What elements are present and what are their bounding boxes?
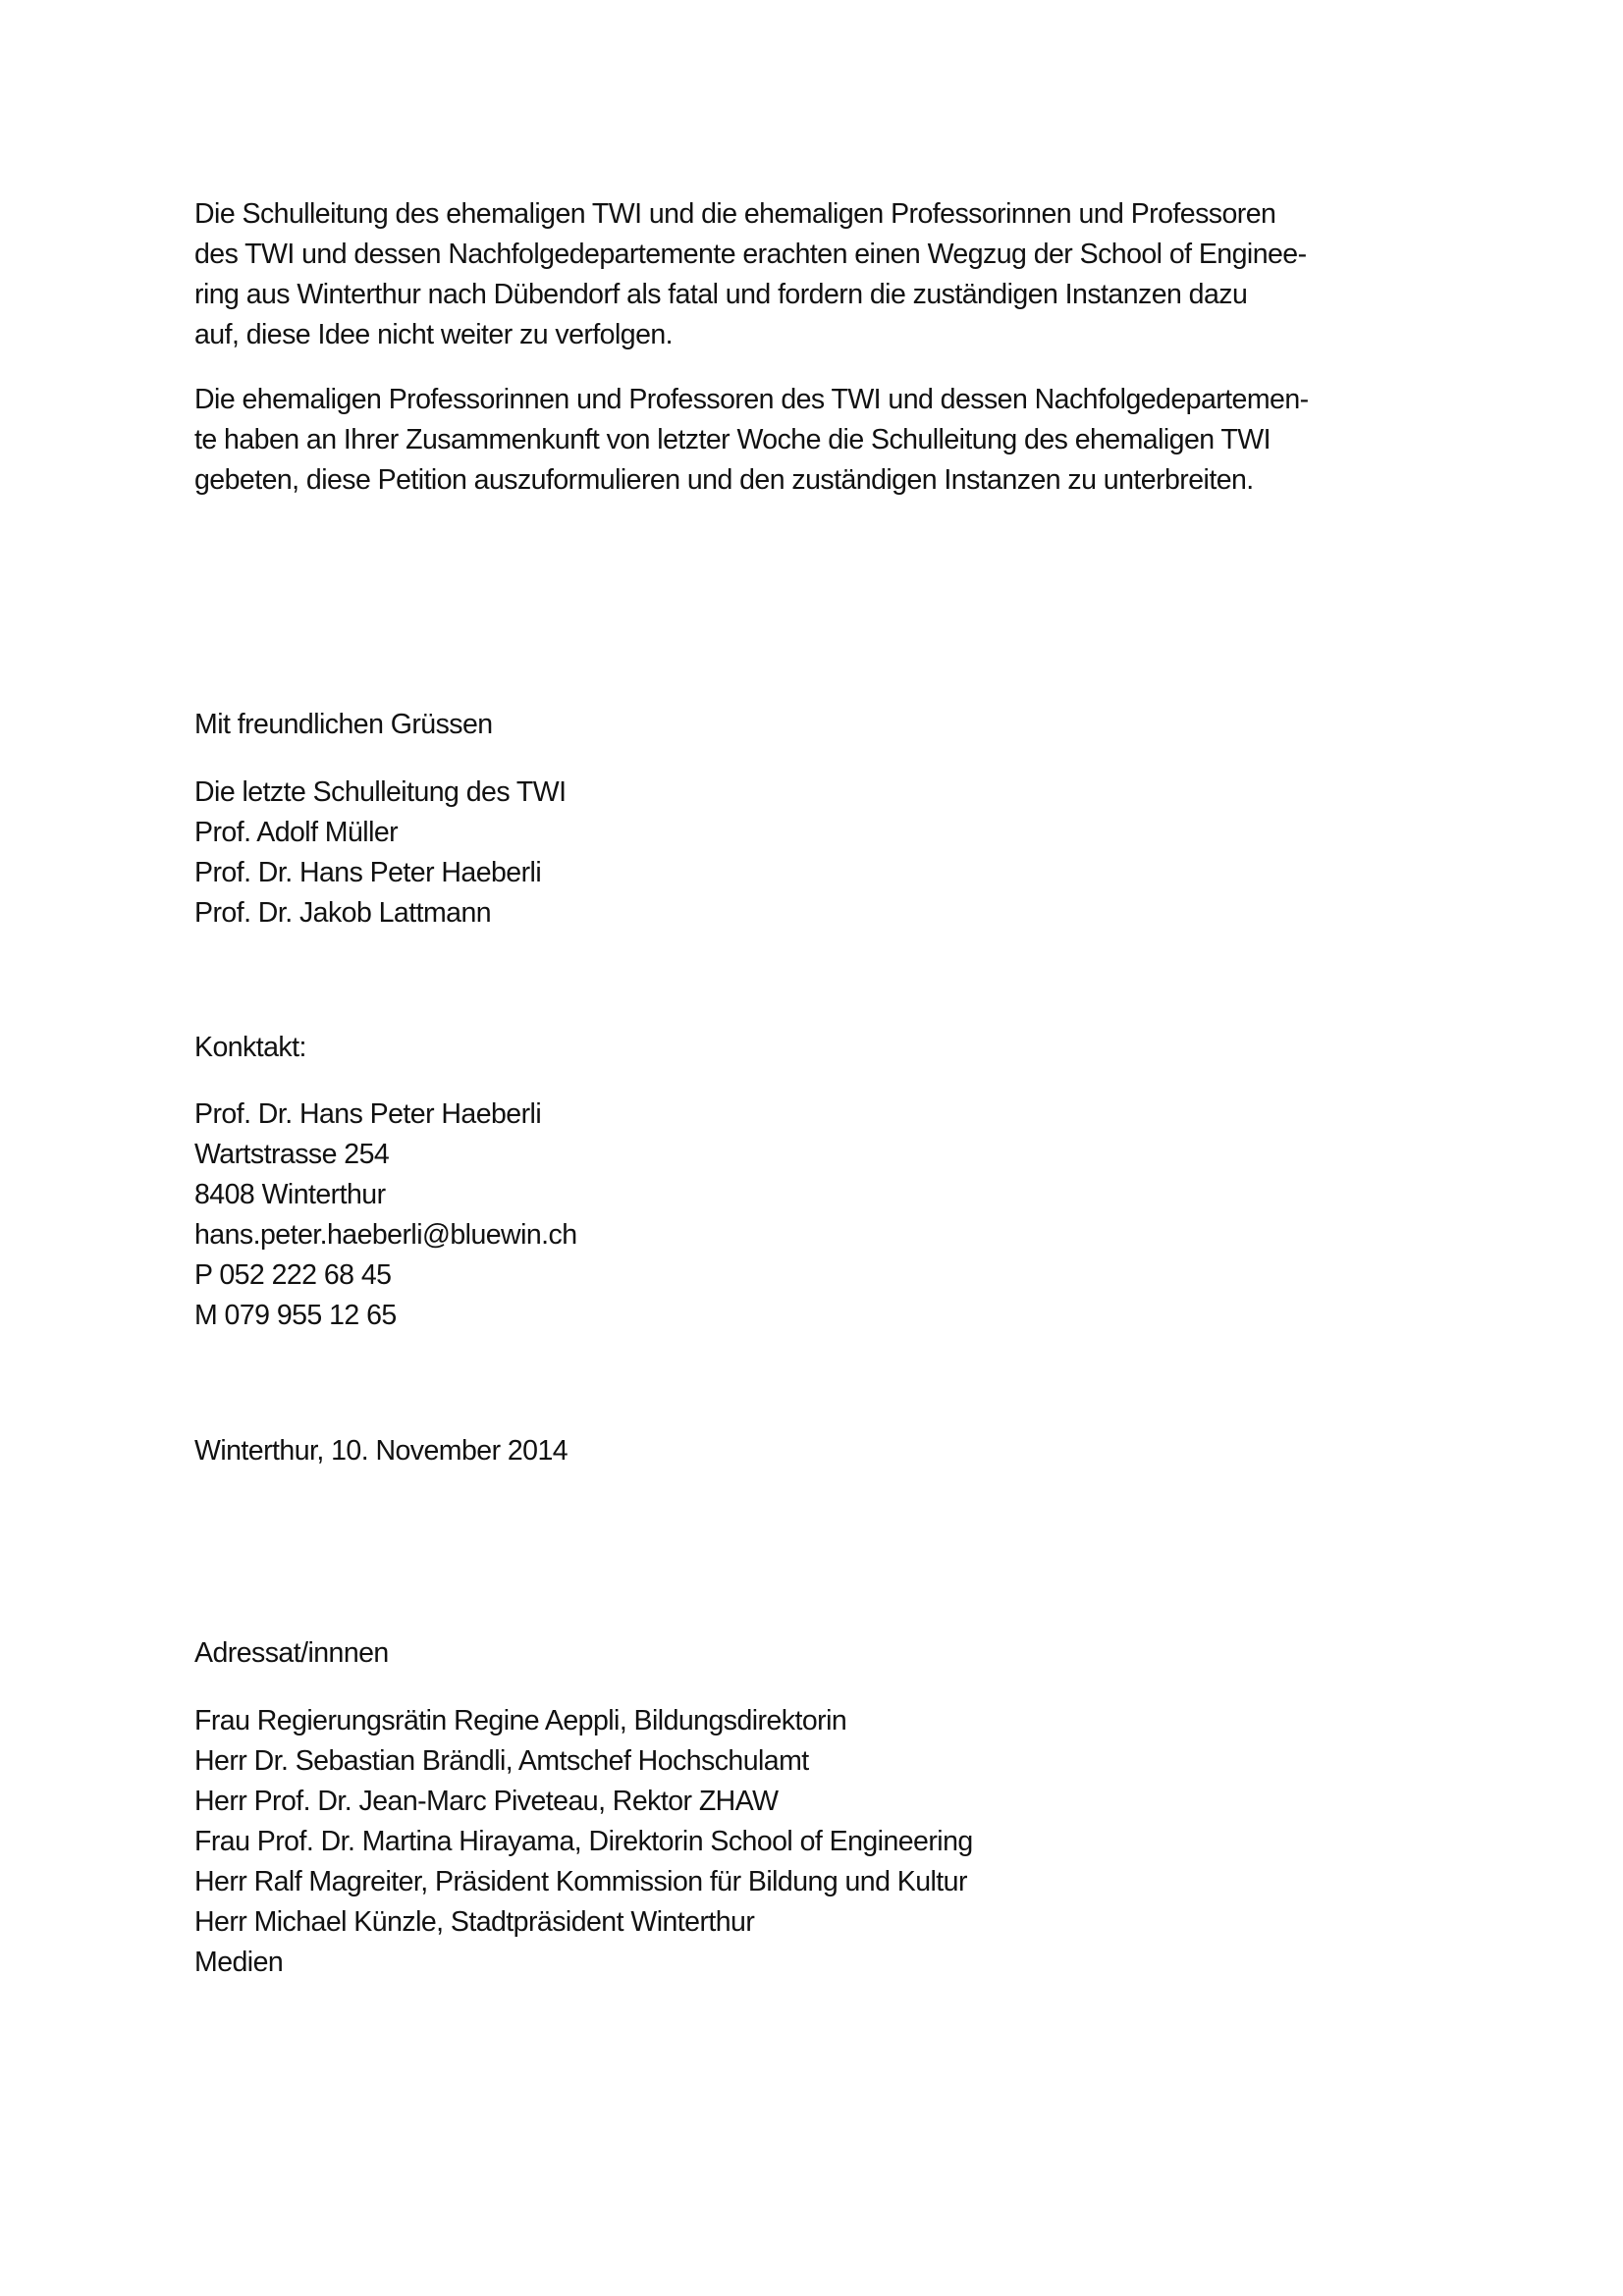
- contact-city: 8408 Winterthur: [194, 1175, 577, 1215]
- contact-mobile: M 079 955 12 65: [194, 1296, 577, 1336]
- paragraph-petition-request: Die ehemaligen Professorinnen und Profes…: [194, 380, 1441, 501]
- recipients-list: Frau Regierungsrätin Regine Aeppli, Bild…: [194, 1701, 973, 1983]
- paragraph-line: auf, diese Idee nicht weiter zu verfolge…: [194, 315, 1441, 355]
- signature-block: Die letzte Schulleitung des TWI Prof. Ad…: [194, 773, 566, 934]
- closing-greeting: Mit freundlichen Grüssen: [194, 705, 493, 745]
- paragraph-line: gebeten, diese Petition auszuformulieren…: [194, 460, 1441, 501]
- contact-name: Prof. Dr. Hans Peter Haeberli: [194, 1095, 577, 1135]
- contact-email: hans.peter.haeberli@bluewin.ch: [194, 1215, 577, 1255]
- paragraph-line: ring aus Winterthur nach Dübendorf als f…: [194, 275, 1441, 315]
- recipient-item: Herr Michael Künzle, Stadtpräsident Wint…: [194, 1902, 973, 1943]
- recipient-item: Herr Dr. Sebastian Brändli, Amtschef Hoc…: [194, 1741, 973, 1782]
- signer-name: Prof. Dr. Jakob Lattmann: [194, 893, 566, 934]
- contact-phone: P 052 222 68 45: [194, 1255, 577, 1296]
- recipient-item: Medien: [194, 1943, 973, 1983]
- document-page: Die Schulleitung des ehemaligen TWI und …: [0, 0, 1623, 2296]
- recipient-item: Herr Prof. Dr. Jean-Marc Piveteau, Rekto…: [194, 1782, 973, 1822]
- recipient-item: Frau Regierungsrätin Regine Aeppli, Bild…: [194, 1701, 973, 1741]
- signer-name: Prof. Adolf Müller: [194, 813, 566, 853]
- paragraph-line: Die Schulleitung des ehemaligen TWI und …: [194, 194, 1441, 235]
- recipient-item: Herr Ralf Magreiter, Präsident Kommissio…: [194, 1862, 973, 1902]
- contact-block: Prof. Dr. Hans Peter Haeberli Wartstrass…: [194, 1095, 577, 1336]
- signer-group: Die letzte Schulleitung des TWI: [194, 773, 566, 813]
- paragraph-line: des TWI und dessen Nachfolgedepartemente…: [194, 235, 1441, 275]
- signer-name: Prof. Dr. Hans Peter Haeberli: [194, 853, 566, 893]
- recipients-label: Adressat/innnen: [194, 1633, 389, 1674]
- contact-street: Wartstrasse 254: [194, 1135, 577, 1175]
- paragraph-line: te haben an Ihrer Zusammenkunft von letz…: [194, 420, 1441, 460]
- paragraph-line: Die ehemaligen Professorinnen und Profes…: [194, 380, 1441, 420]
- date-line: Winterthur, 10. November 2014: [194, 1431, 568, 1471]
- paragraph-petition-statement: Die Schulleitung des ehemaligen TWI und …: [194, 194, 1441, 355]
- recipient-item: Frau Prof. Dr. Martina Hirayama, Direkto…: [194, 1822, 973, 1862]
- contact-label: Konktakt:: [194, 1028, 306, 1068]
